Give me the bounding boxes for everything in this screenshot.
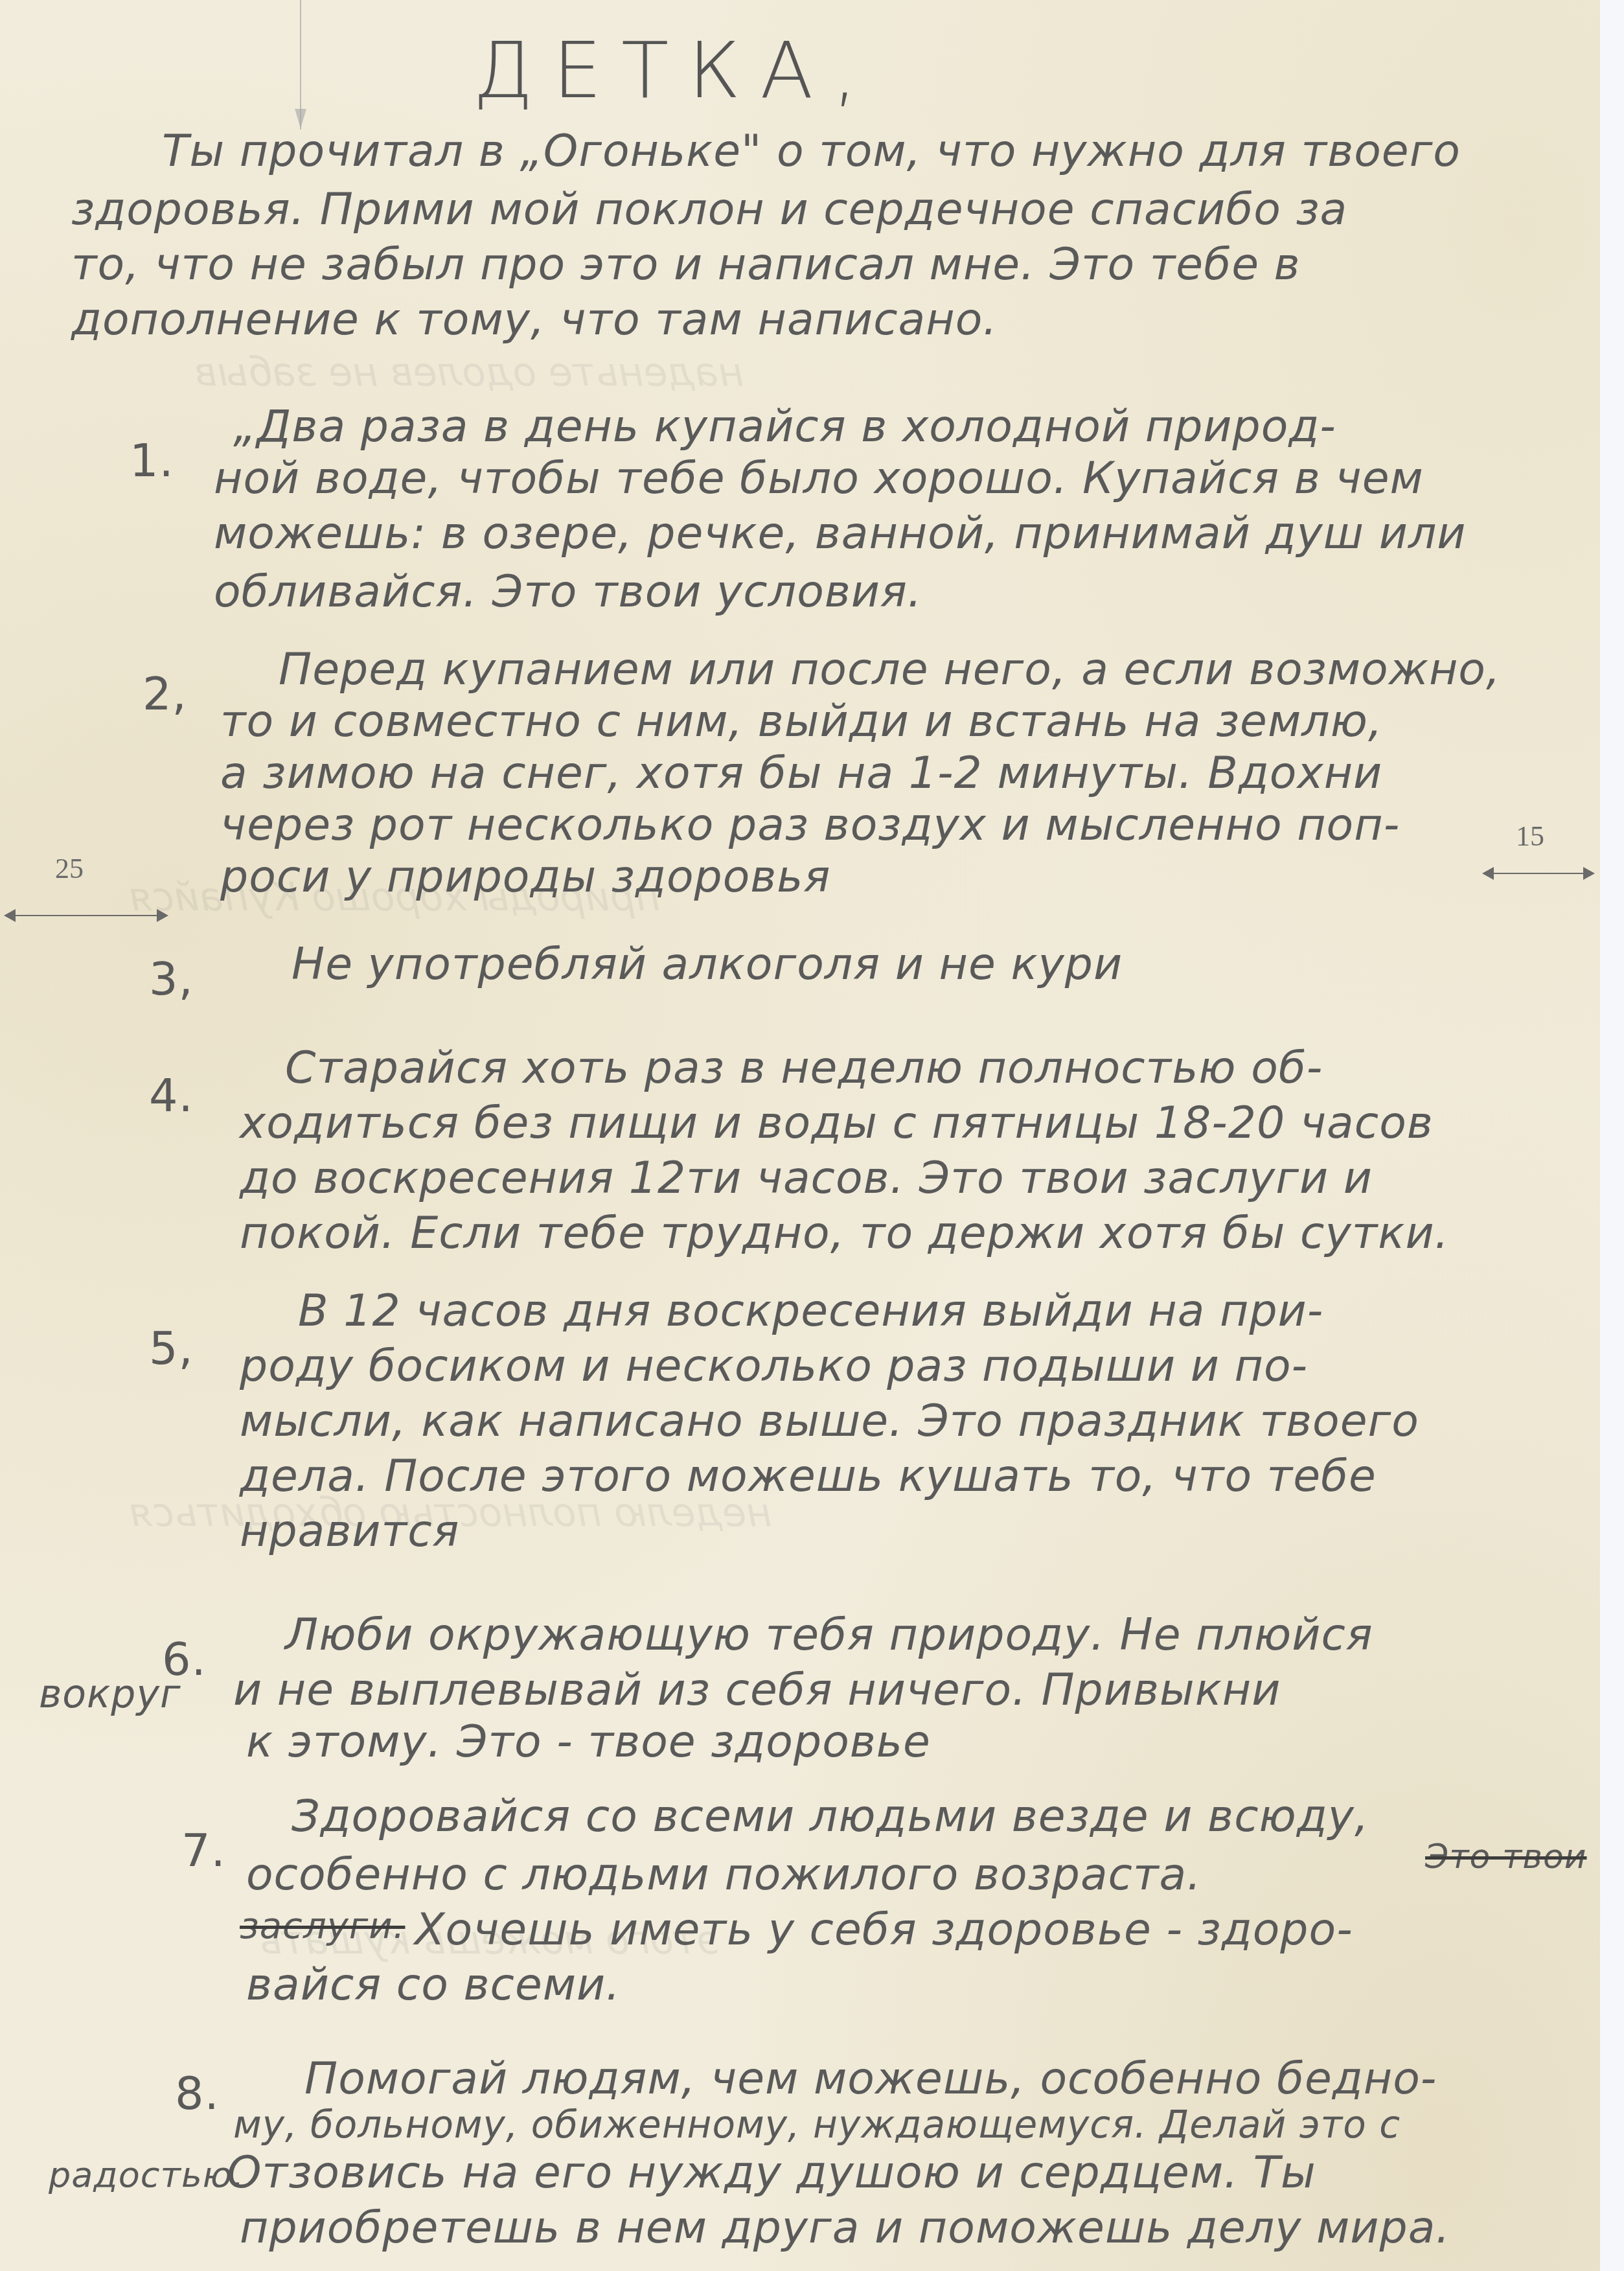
- right-margin-measure: 15: [1516, 820, 1544, 853]
- item-line: ходиться без пищи и воды с пятницы 18-20…: [240, 1101, 1434, 1146]
- item-line: через рот несколько раз воздух и мысленн…: [220, 803, 1400, 847]
- intro-line: дополнение к тому, что там написано.: [71, 298, 998, 342]
- left-margin-measure: 25: [55, 852, 84, 885]
- item-number: 1.: [130, 434, 174, 487]
- double-arrow-icon: [1483, 873, 1594, 874]
- item-line: мысли, как написано выше. Это праздник т…: [240, 1400, 1419, 1444]
- struck-text: Это твои: [1425, 1840, 1587, 1874]
- item-number: 2,: [143, 667, 187, 720]
- letter-title: ДЕТКА,: [473, 26, 876, 116]
- item-line: Люби окружающую тебя природу. Не плюйся: [285, 1613, 1373, 1657]
- item-line: Помогай людям, чем можешь, особенно бедн…: [304, 2057, 1437, 2101]
- item-line: роси у природы здоровья: [220, 855, 830, 899]
- item-line: то и совместно с ним, выйди и встань на …: [220, 700, 1383, 744]
- item-line: дела. После этого можешь кушать то, что …: [240, 1455, 1377, 1499]
- item-line: можешь: в озере, речке, ванной, принимай…: [214, 512, 1467, 556]
- item-number: 3,: [149, 952, 194, 1006]
- struck-text: заслуги.: [240, 1908, 405, 1944]
- intro-line: Ты прочитал в „Огоньке" о том, что нужно…: [162, 130, 1461, 174]
- item-line: Здоровайся со всеми людьми везде и всюду…: [292, 1795, 1369, 1839]
- item-number: 7.: [181, 1824, 226, 1877]
- item-line: а зимою на снег, хотя бы на 1-2 минуты. …: [220, 752, 1382, 796]
- item-line: вайся со всеми.: [246, 1963, 621, 2007]
- margin-note: радостью.: [49, 2154, 244, 2195]
- intro-line: то, что не забыл про это и написал мне. …: [71, 243, 1301, 287]
- item-line: Старайся хоть раз в неделю полностью об-: [285, 1046, 1323, 1090]
- item-line: „Два раза в день купайся в холодной прир…: [233, 405, 1336, 449]
- double-arrow-icon: [5, 915, 167, 916]
- item-line: Перед купанием или после него, а если во…: [279, 648, 1501, 692]
- item-line: му, больному, обиженному, нуждающемуся. …: [233, 2106, 1401, 2143]
- letter-page: наденьте одолев не забыв природы хорошо …: [0, 0, 1601, 2271]
- scan-background-strip: [1600, 0, 1624, 2271]
- item-line: и не выплевывай из себя ничего. Привыкни: [233, 1668, 1281, 1712]
- item-number: 8.: [175, 2067, 220, 2120]
- item-number: 5,: [149, 1322, 194, 1375]
- item-number: 4.: [149, 1069, 194, 1122]
- intro-line: здоровья. Прими мой поклон и сердечное с…: [71, 188, 1347, 232]
- item-line: В 12 часов дня воскресения выйди на при-: [298, 1289, 1323, 1333]
- item-line: нравится: [240, 1510, 459, 1554]
- item-line: Не употребляй алкоголя и не кури: [292, 943, 1123, 987]
- item-line: к этому. Это - твое здоровье: [246, 1720, 931, 1764]
- item-line: ной воде, чтобы тебе было хорошо. Купайс…: [214, 457, 1424, 501]
- item-line: Хочешь иметь у себя здоровье - здоро-: [415, 1908, 1353, 1952]
- bleed-through-text: наденьте одолев не забыв: [194, 350, 744, 395]
- item-line: особенно с людьми пожилого возраста.: [246, 1853, 1202, 1897]
- item-line: обливайся. Это твои условия.: [214, 570, 922, 614]
- item-line: роду босиком и несколько раз подыши и по…: [240, 1344, 1308, 1389]
- item-line: покой. Если тебе трудно, то держи хотя б…: [240, 1212, 1449, 1256]
- item-line: приобретешь в нем друга и поможешь делу …: [240, 2206, 1450, 2250]
- item-line: до воскресения 12ти часов. Это твои засл…: [240, 1157, 1373, 1201]
- margin-note: вокруг: [39, 1672, 181, 1717]
- item-line: Отзовись на его нужду душою и сердцем. Т…: [227, 2151, 1316, 2195]
